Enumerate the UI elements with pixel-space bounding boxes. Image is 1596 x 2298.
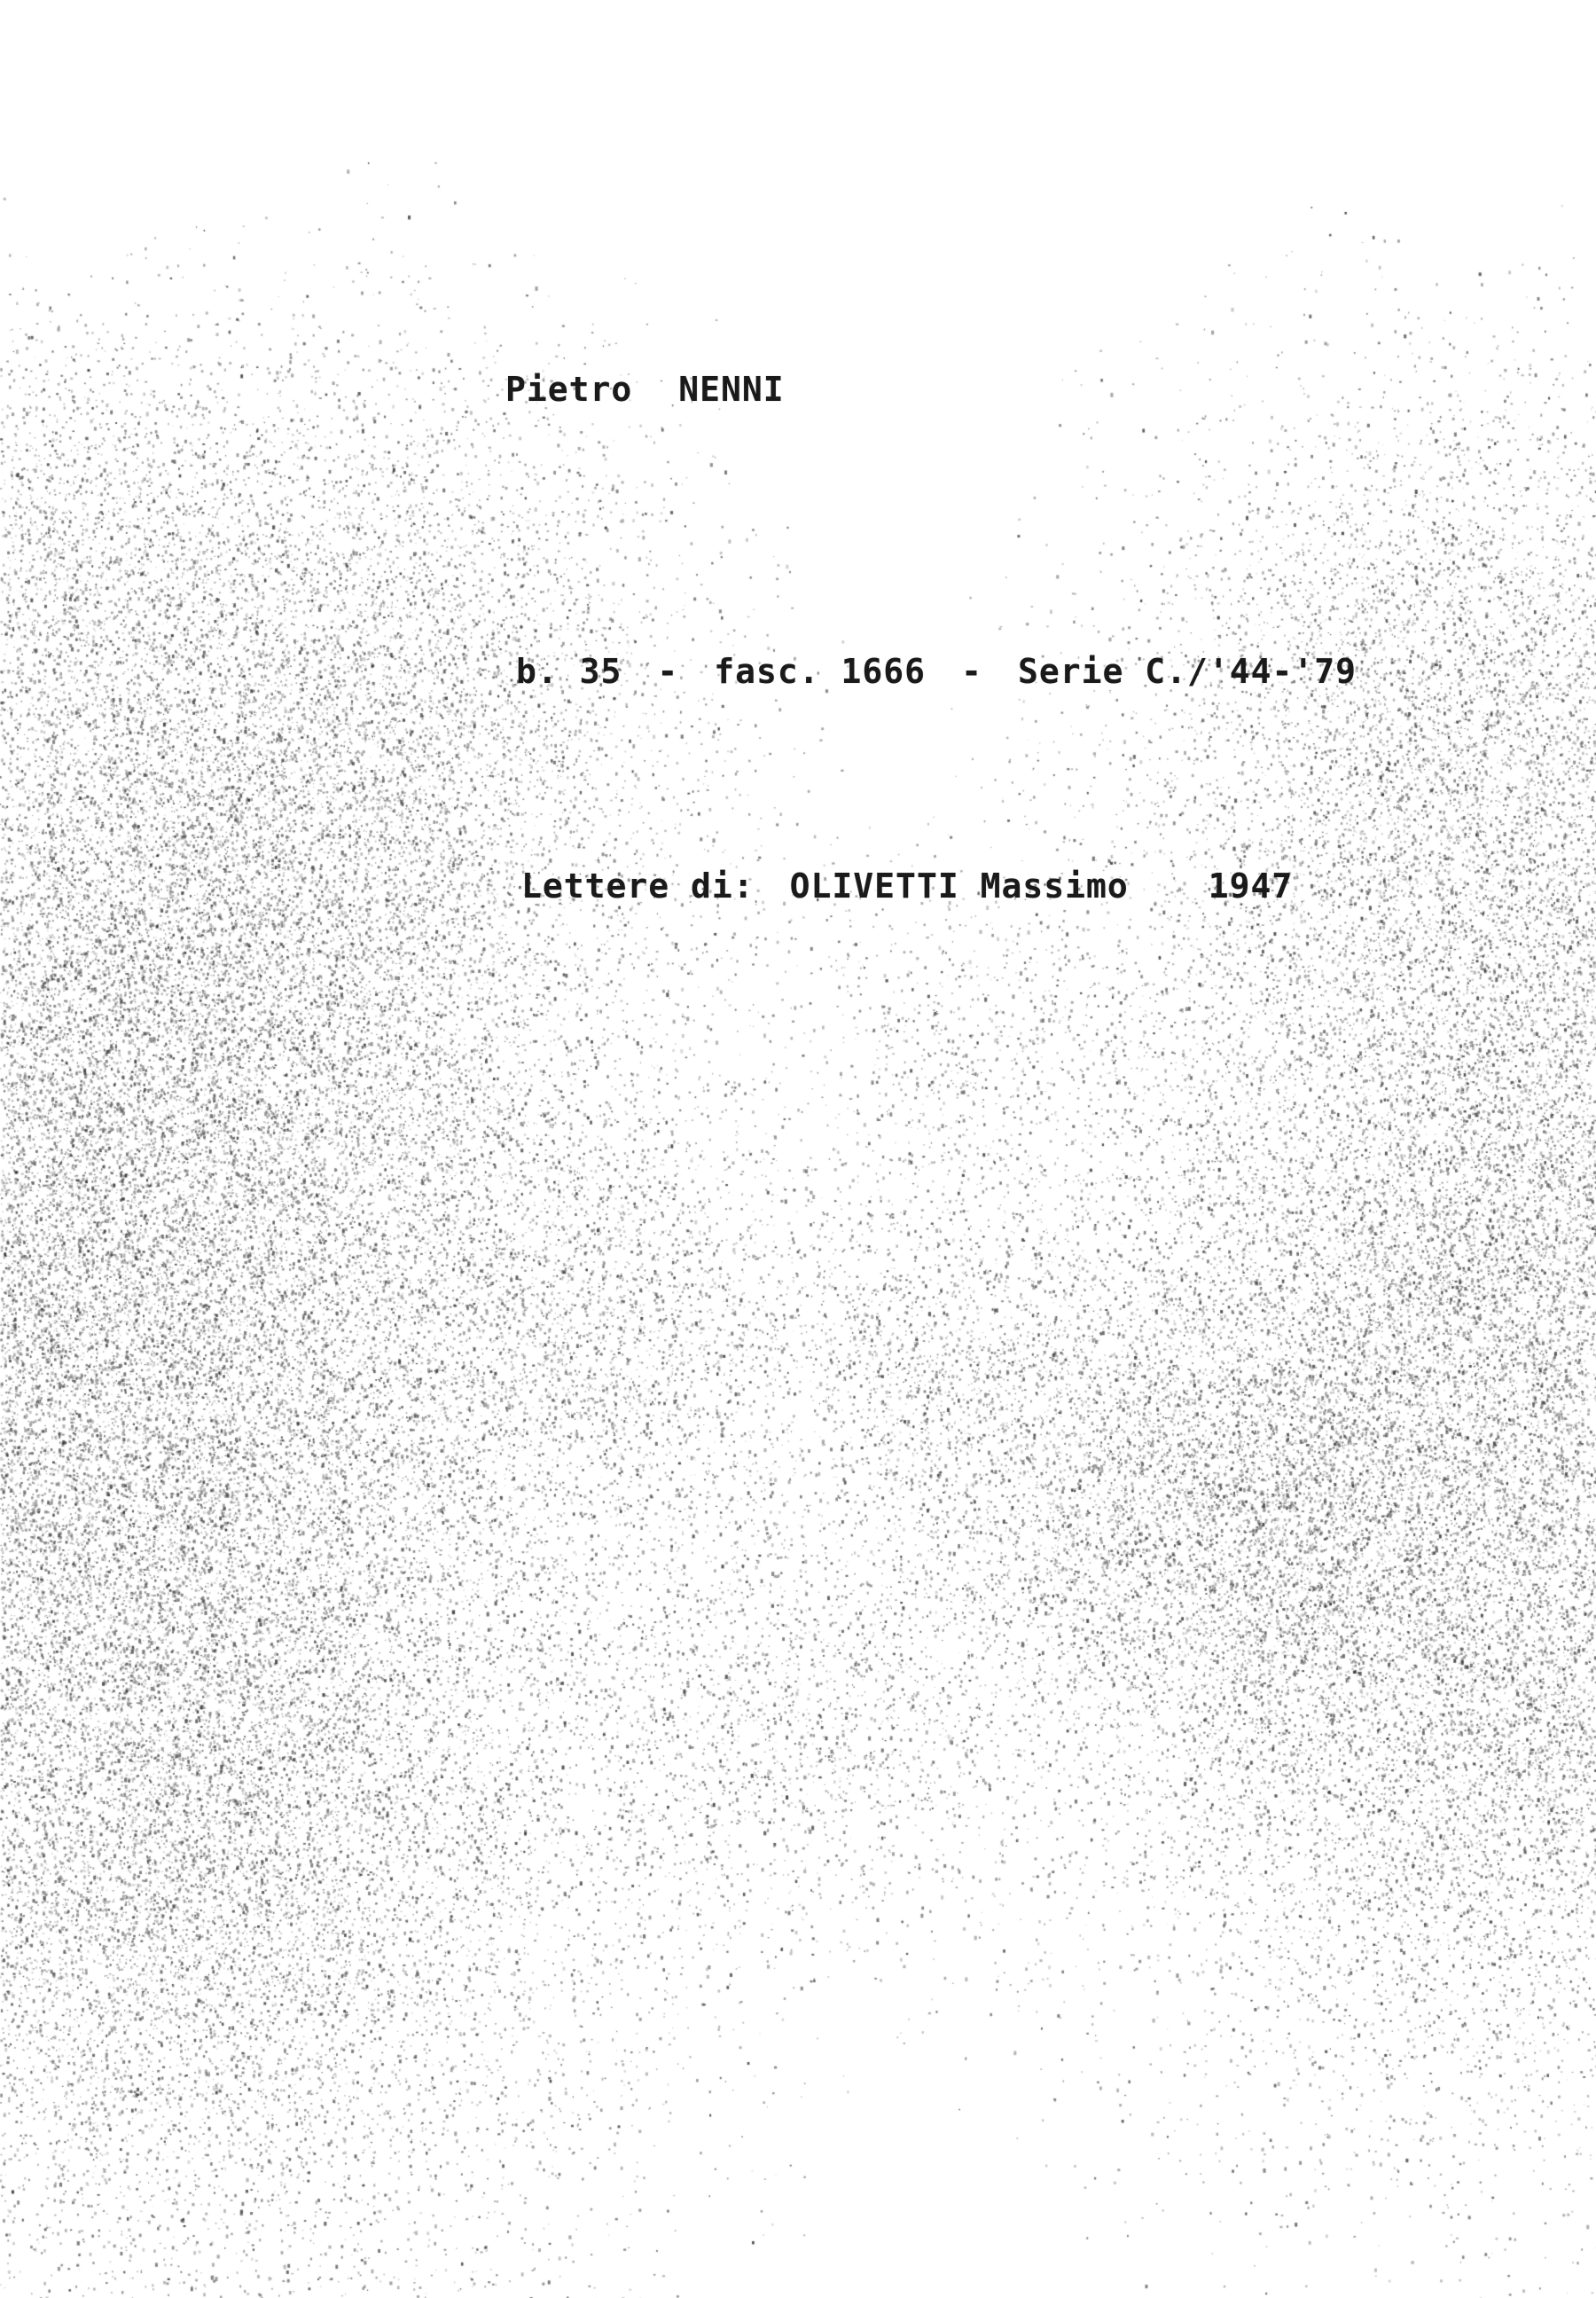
busta-number: b. 35 — [516, 652, 622, 691]
letters-year: 1947 — [1209, 867, 1294, 906]
author-line: PietroNENNI — [505, 373, 785, 406]
fascicolo-number: fasc. 1666 — [714, 652, 926, 691]
letters-label: Lettere di: — [521, 867, 755, 906]
author-last-name: NENNI — [678, 370, 784, 409]
author-first-name: Pietro — [505, 370, 632, 409]
archive-reference-line: b. 35-fasc. 1666-Serie C./'44-'79 — [516, 655, 1357, 688]
correspondent-name: OLIVETTI Massimo — [790, 867, 1129, 906]
letters-line: Lettere di:OLIVETTI Massimo1947 — [521, 869, 1293, 903]
document-page: PietroNENNI b. 35-fasc. 1666-Serie C./'4… — [0, 0, 1596, 2298]
separator: - — [657, 652, 678, 691]
separator: - — [961, 652, 982, 691]
serie-label: Serie C./'44-'79 — [1018, 652, 1357, 691]
